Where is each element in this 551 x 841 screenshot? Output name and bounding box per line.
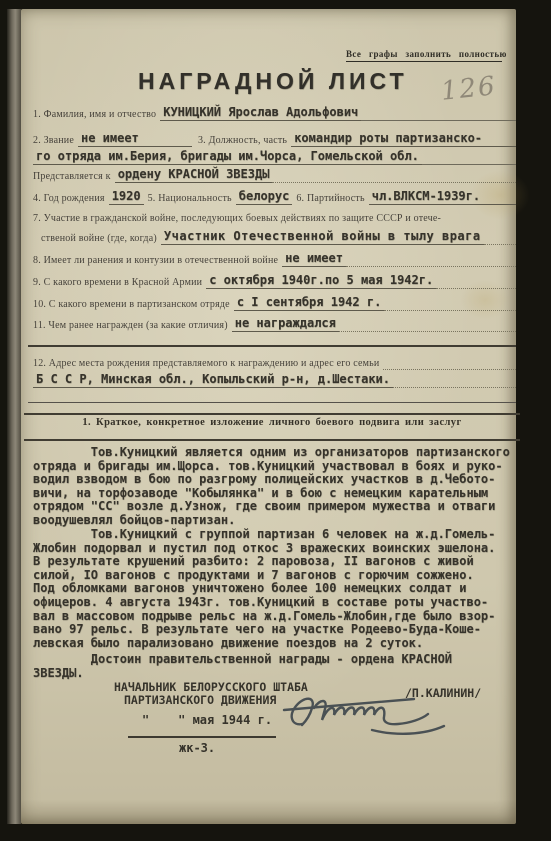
field-4-label: 4. Год рождения [33,193,109,205]
feat-paragraph-1: Тов.Куницкий является одним из организат… [33,446,519,528]
presented-for-line [272,168,516,183]
field-12-value: Б С С Р, Минская обл., Копыльский р-н, д… [33,372,393,388]
field-7-value: Участник Отечественной войны в тылу враг… [161,229,484,245]
field-12-label: 12. Адрес места рождения представляемого… [33,358,383,370]
field-5-label: 5. Национальность [144,193,236,205]
field-9-value: с октября 1940г.по 5 мая 1942г. [206,273,436,289]
field-7-label-line1: 7. Участие в гражданской войне, последую… [33,213,516,224]
date-line: " " мая 1944 г. [142,713,272,727]
field-9-line [436,274,516,289]
field-1-value: КУНИЦКИЙ Ярослав Адольфович [160,105,361,121]
field-1-label: 1. Фамилия, имя и отчество [33,109,160,121]
field-2-label: 2. Звание [33,135,78,147]
field-4-value: 1920 [109,189,144,205]
official-title-line-2: ПАРТИЗАНСКОГО ДВИЖЕНИЯ [114,693,276,707]
presented-for-label: Представляется к [33,171,115,183]
field-3-label: 3. Должность, часть [192,135,291,147]
field-12-value-row: Б С С Р, Минская обл., Копыльский р-н, д… [33,372,516,388]
field-3-value: командир роты партизанско- [291,131,516,147]
field-12-line2 [393,373,516,388]
field-8-value: не имеет [282,251,346,267]
field-4-5-6-row: 4. Год рождения 1920 5. Национальность б… [33,189,516,205]
form-code: жк-3. [179,741,215,755]
fill-all-fields-note: Все графы заполнить полностью [346,49,502,62]
field-3-line [422,150,516,165]
separator-rule-2 [28,402,516,403]
scanned-award-document: { "page": { "note_top": "Все графы запол… [0,0,551,841]
feat-paragraph-2: Тов.Куницкий с группой партизан 6 челове… [33,528,519,650]
field-12-row: 12. Адрес места рождения представляемого… [33,355,516,370]
field-10-row: 10. С какого времени в партизанском отря… [33,295,516,311]
field-8-row: 8. Имеет ли ранения и контузии в отечест… [33,251,516,267]
presented-for-row: Представляется к ордену КРАСНОЙ ЗВЕЗДЫ [33,167,516,183]
field-8-label: 8. Имеет ли ранения и контузии в отечест… [33,255,282,267]
field-1-line [361,106,516,121]
field-9-label: 9. С какого времени в Красной Армии [33,277,206,289]
field-11-line [339,317,516,332]
field-11-value: не награждался [232,316,339,332]
field-5-value: белорус [236,189,293,205]
scan-left-edge [7,9,21,824]
field-2-value: не имеет [78,131,192,147]
field-10-label: 10. С какого времени в партизанском отря… [33,299,234,311]
field-10-line [384,296,516,311]
field-8-line [346,252,516,267]
field-6-value: чл.ВЛКСМ-1939г. [369,189,516,205]
field-10-value: с I сентября 1942 г. [234,295,385,311]
section-header-bottom-rule [24,439,520,441]
field-6-label: 6. Партийность [292,193,368,205]
separator-rule-1 [28,345,516,347]
field-3-value-continuation: го отряда им.Берия, бригады им.Чорса, Го… [33,149,422,165]
field-7-line [484,230,516,245]
page-title: НАГРАДНОЙ ЛИСТ [138,68,368,95]
field-7-row: ственой войне (где, когда) Участник Отеч… [33,229,516,245]
section-header: 1. Краткое, конкретное изложение личного… [28,417,516,428]
presented-for-value: ордену КРАСНОЙ ЗВЕЗДЫ [115,167,273,183]
field-7-label-line2: ственой войне (где, когда) [33,233,161,245]
field-1-row: 1. Фамилия, имя и отчество КУНИЦКИЙ Ярос… [33,105,516,121]
field-3-continuation-row: го отряда им.Берия, бригады им.Чорса, Го… [33,149,516,165]
section-header-top-rule [24,413,520,415]
field-2-3-row: 2. Звание не имеет 3. Должность, часть к… [33,131,516,147]
date-underline [128,736,276,738]
kalinin-signature-icon [276,690,476,742]
feat-paragraph-3: Достоин правительственной награды - орде… [33,653,519,680]
field-9-row: 9. С какого времени в Красной Армии с ок… [33,273,516,289]
field-12-line [383,355,516,370]
field-11-label: 11. Чем ранее награжден (за какие отличи… [33,320,232,332]
page-number-pencil: 126 [440,71,498,107]
field-11-row: 11. Чем ранее награжден (за какие отличи… [33,316,516,332]
